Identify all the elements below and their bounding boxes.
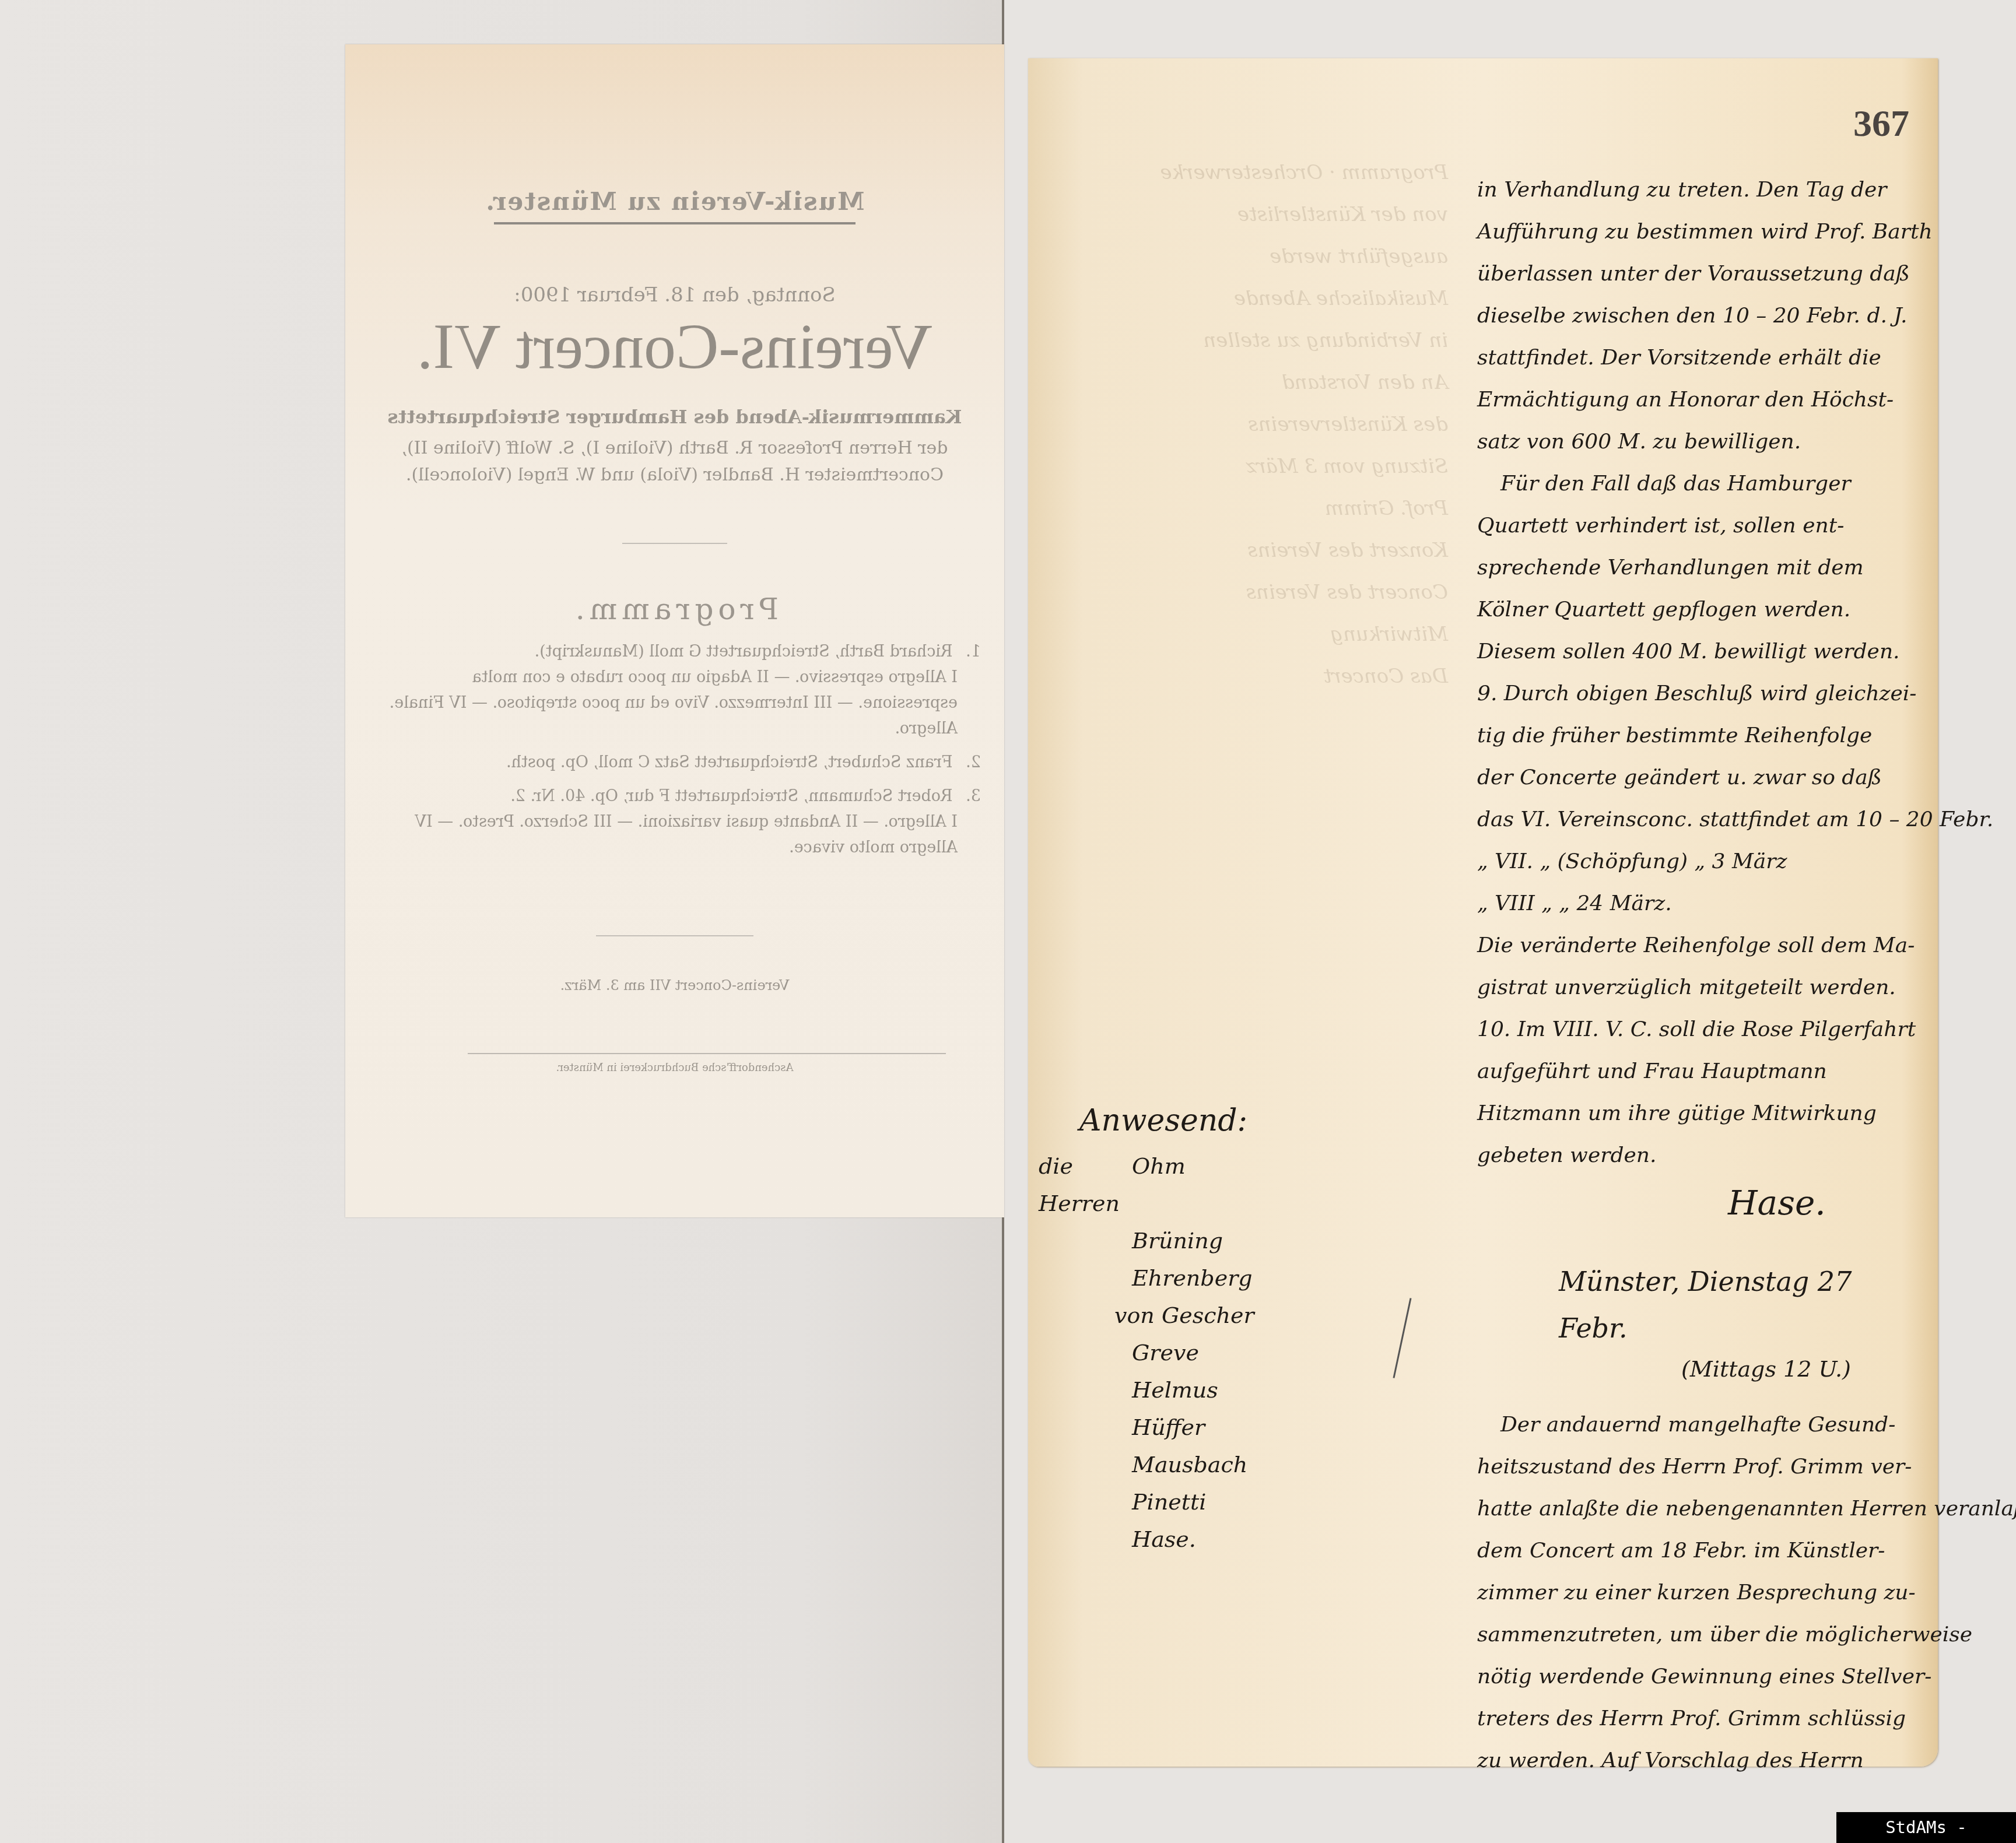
attendee-row: die Herren Ohm bbox=[1039, 1147, 1330, 1222]
item-movements: I Allegro. — II Andante quasi variazioni… bbox=[369, 809, 981, 861]
attendance-label: die Herren bbox=[1039, 1147, 1132, 1222]
attendee-name: Brüning bbox=[1132, 1222, 1223, 1259]
program-item: 3. Robert Schumann, Streichquartett F du… bbox=[369, 784, 981, 861]
attendee-row: Hüffer bbox=[1039, 1409, 1330, 1446]
minutes-line: Der andauernd mangelhafte Gesund- bbox=[1477, 1404, 1920, 1446]
minutes-line: 10. Im VIII. V. C. soll die Rose Pilgerf… bbox=[1477, 1009, 1920, 1051]
minutes-line: dieselbe zwischen den 10 – 20 Febr. d. J… bbox=[1477, 295, 1920, 337]
minutes-line: „ VII. „ (Schöpfung) „ 3 März bbox=[1477, 841, 1920, 883]
item-number: 2. bbox=[958, 750, 981, 775]
item-movements: I Allegro espressivo. — II Adagio un poc… bbox=[369, 665, 981, 742]
item-title: Franz Schubert, Streichquartett Satz C m… bbox=[506, 753, 952, 771]
minutes-line: überlassen unter der Voraussetzung daß bbox=[1477, 253, 1920, 295]
archive-reference-label: StdAMs - MV_004_603 bbox=[1836, 1812, 2016, 1843]
minutes-line: treters des Herrn Prof. Grimm schlüssig bbox=[1477, 1698, 1920, 1740]
printer-imprint: Aschendorff'sche Buchdruckerei in Münste… bbox=[345, 1062, 1004, 1074]
attendance-heading: Anwesend: bbox=[1039, 1102, 1330, 1139]
minutes-line: hatte anlaßte die nebengenannten Herren … bbox=[1477, 1488, 1920, 1530]
page-number: 367 bbox=[1853, 102, 1909, 145]
concert-date: Sonntag, den 18. Februar 1900: bbox=[345, 283, 1004, 307]
ornament-divider bbox=[596, 935, 753, 936]
minutes-line: Ermächtigung an Honorar den Höchst- bbox=[1477, 379, 1920, 421]
minutes-line: satz von 600 M. zu bewilligen. bbox=[1477, 421, 1920, 463]
program-item: 2. Franz Schubert, Streichquartett Satz … bbox=[369, 750, 981, 775]
minutes-line: dem Concert am 18 Febr. im Künstler- bbox=[1477, 1530, 1920, 1572]
concert-subtitle: Kammermusik-Abend des Hamburger Streichq… bbox=[345, 406, 1004, 428]
concert-title: Vereins-Concert VI. bbox=[345, 310, 1004, 384]
performers: der Herren Professor R. Barth (Violine I… bbox=[386, 435, 963, 489]
program-item: 1. Richard Barth, Streichquartett G moll… bbox=[369, 639, 981, 742]
minutes-line: „ VIII „ „ 24 März. bbox=[1477, 883, 1920, 925]
attendee-row: Greve bbox=[1039, 1334, 1330, 1371]
printed-concert-program: Musik-Verein zu Münster. Sonntag, den 18… bbox=[345, 44, 1004, 1217]
minutes-line: heitszustand des Herrn Prof. Grimm ver- bbox=[1477, 1446, 1920, 1488]
attendee-row: von Gescher bbox=[1039, 1297, 1330, 1334]
minutes-line: stattfindet. Der Vorsitzende erhält die bbox=[1477, 337, 1920, 379]
attendee-name: von Gescher bbox=[1114, 1297, 1254, 1334]
minutes-line: das VI. Vereinsconc. stattfindet am 10 –… bbox=[1477, 799, 1920, 841]
minutes-line: sammenzutreten, um über die möglicherwei… bbox=[1477, 1614, 1920, 1656]
item-number: 1. bbox=[958, 639, 981, 665]
minutes-line: tig die früher bestimmte Reihenfolge bbox=[1477, 715, 1920, 757]
attendee-name: Helmus bbox=[1132, 1371, 1218, 1409]
minutes-line: gebeten werden. bbox=[1477, 1135, 1920, 1177]
attendee-name: Hase. bbox=[1132, 1521, 1196, 1558]
footer-rule bbox=[468, 1053, 946, 1054]
minutes-text: in Verhandlung zu treten. Den Tag der Au… bbox=[1477, 169, 1920, 1782]
item-number: 3. bbox=[958, 784, 981, 809]
manuscript-page: 367 Programm · Orchesterwerke von der Kü… bbox=[1028, 58, 1938, 1767]
attendee-row: Ehrenberg bbox=[1039, 1259, 1330, 1297]
attendee-name: Ohm bbox=[1132, 1147, 1186, 1222]
society-name: Musik-Verein zu Münster. bbox=[345, 187, 1004, 216]
attendee-name: Pinetti bbox=[1132, 1483, 1206, 1521]
attendee-name: Ehrenberg bbox=[1132, 1259, 1253, 1297]
bleed-through-text: Programm · Orchesterwerke von der Künstl… bbox=[1046, 152, 1448, 697]
entry-place-date: Münster, Dienstag 27 Febr. bbox=[1477, 1258, 1920, 1351]
program-heading: Programm. bbox=[345, 592, 1004, 626]
minutes-line: Kölner Quartett gepflogen werden. bbox=[1477, 589, 1920, 631]
minutes-line: gistrat unverzüglich mitgeteilt werden. bbox=[1477, 967, 1920, 1009]
minutes-line: 9. Durch obigen Beschluß wird gleichzei- bbox=[1477, 673, 1920, 715]
minutes-line: in Verhandlung zu treten. Den Tag der bbox=[1477, 169, 1920, 211]
margin-mark bbox=[1393, 1298, 1411, 1378]
attendee-row: Mausbach bbox=[1039, 1446, 1330, 1483]
item-title: Richard Barth, Streichquartett G moll (M… bbox=[535, 643, 953, 661]
attendee-row: Helmus bbox=[1039, 1371, 1330, 1409]
program-list: 1. Richard Barth, Streichquartett G moll… bbox=[369, 639, 981, 869]
header-rule bbox=[494, 222, 856, 224]
minutes-line: Für den Fall daß das Hamburger bbox=[1477, 463, 1920, 505]
attendee-name: Mausbach bbox=[1132, 1446, 1247, 1483]
minutes-line: nötig werdende Gewinnung eines Stellver- bbox=[1477, 1656, 1920, 1698]
attendance-list: Anwesend: die Herren Ohm Brüning Ehrenbe… bbox=[1039, 1102, 1330, 1558]
minutes-line: zu werden. Auf Vorschlag des Herrn bbox=[1477, 1740, 1920, 1782]
attendee-row: Hase. bbox=[1039, 1521, 1330, 1558]
minutes-line: Hitzmann um ihre gütige Mitwirkung bbox=[1477, 1093, 1920, 1135]
attendee-name: Greve bbox=[1132, 1334, 1199, 1371]
signature: Hase. bbox=[1477, 1177, 1920, 1229]
minutes-line: der Concerte geändert u. zwar so daß bbox=[1477, 757, 1920, 799]
entry-time: (Mittags 12 U.) bbox=[1477, 1351, 1920, 1386]
minutes-line: Aufführung zu bestimmen wird Prof. Barth bbox=[1477, 211, 1920, 253]
item-title: Robert Schumann, Streichquartett F dur, … bbox=[510, 787, 952, 805]
mirrored-print: Musik-Verein zu Münster. Sonntag, den 18… bbox=[345, 44, 1004, 1217]
minutes-line: Diesem sollen 400 M. bewilligt werden. bbox=[1477, 631, 1920, 673]
minutes-line: Quartett verhindert ist, sollen ent- bbox=[1477, 505, 1920, 547]
minutes-line: zimmer zu einer kurzen Besprechung zu- bbox=[1477, 1572, 1920, 1614]
attendee-name: Hüffer bbox=[1132, 1409, 1205, 1446]
attendee-row: Brüning bbox=[1039, 1222, 1330, 1259]
attendee-row: Pinetti bbox=[1039, 1483, 1330, 1521]
minutes-line: aufgeführt und Frau Hauptmann bbox=[1477, 1051, 1920, 1093]
next-concert-note: Vereins-Concert VII am 3. März. bbox=[345, 977, 1004, 994]
minutes-line: sprechende Verhandlungen mit dem bbox=[1477, 547, 1920, 589]
ornament-divider bbox=[622, 543, 727, 544]
minutes-line: Die veränderte Reihenfolge soll dem Ma- bbox=[1477, 925, 1920, 967]
